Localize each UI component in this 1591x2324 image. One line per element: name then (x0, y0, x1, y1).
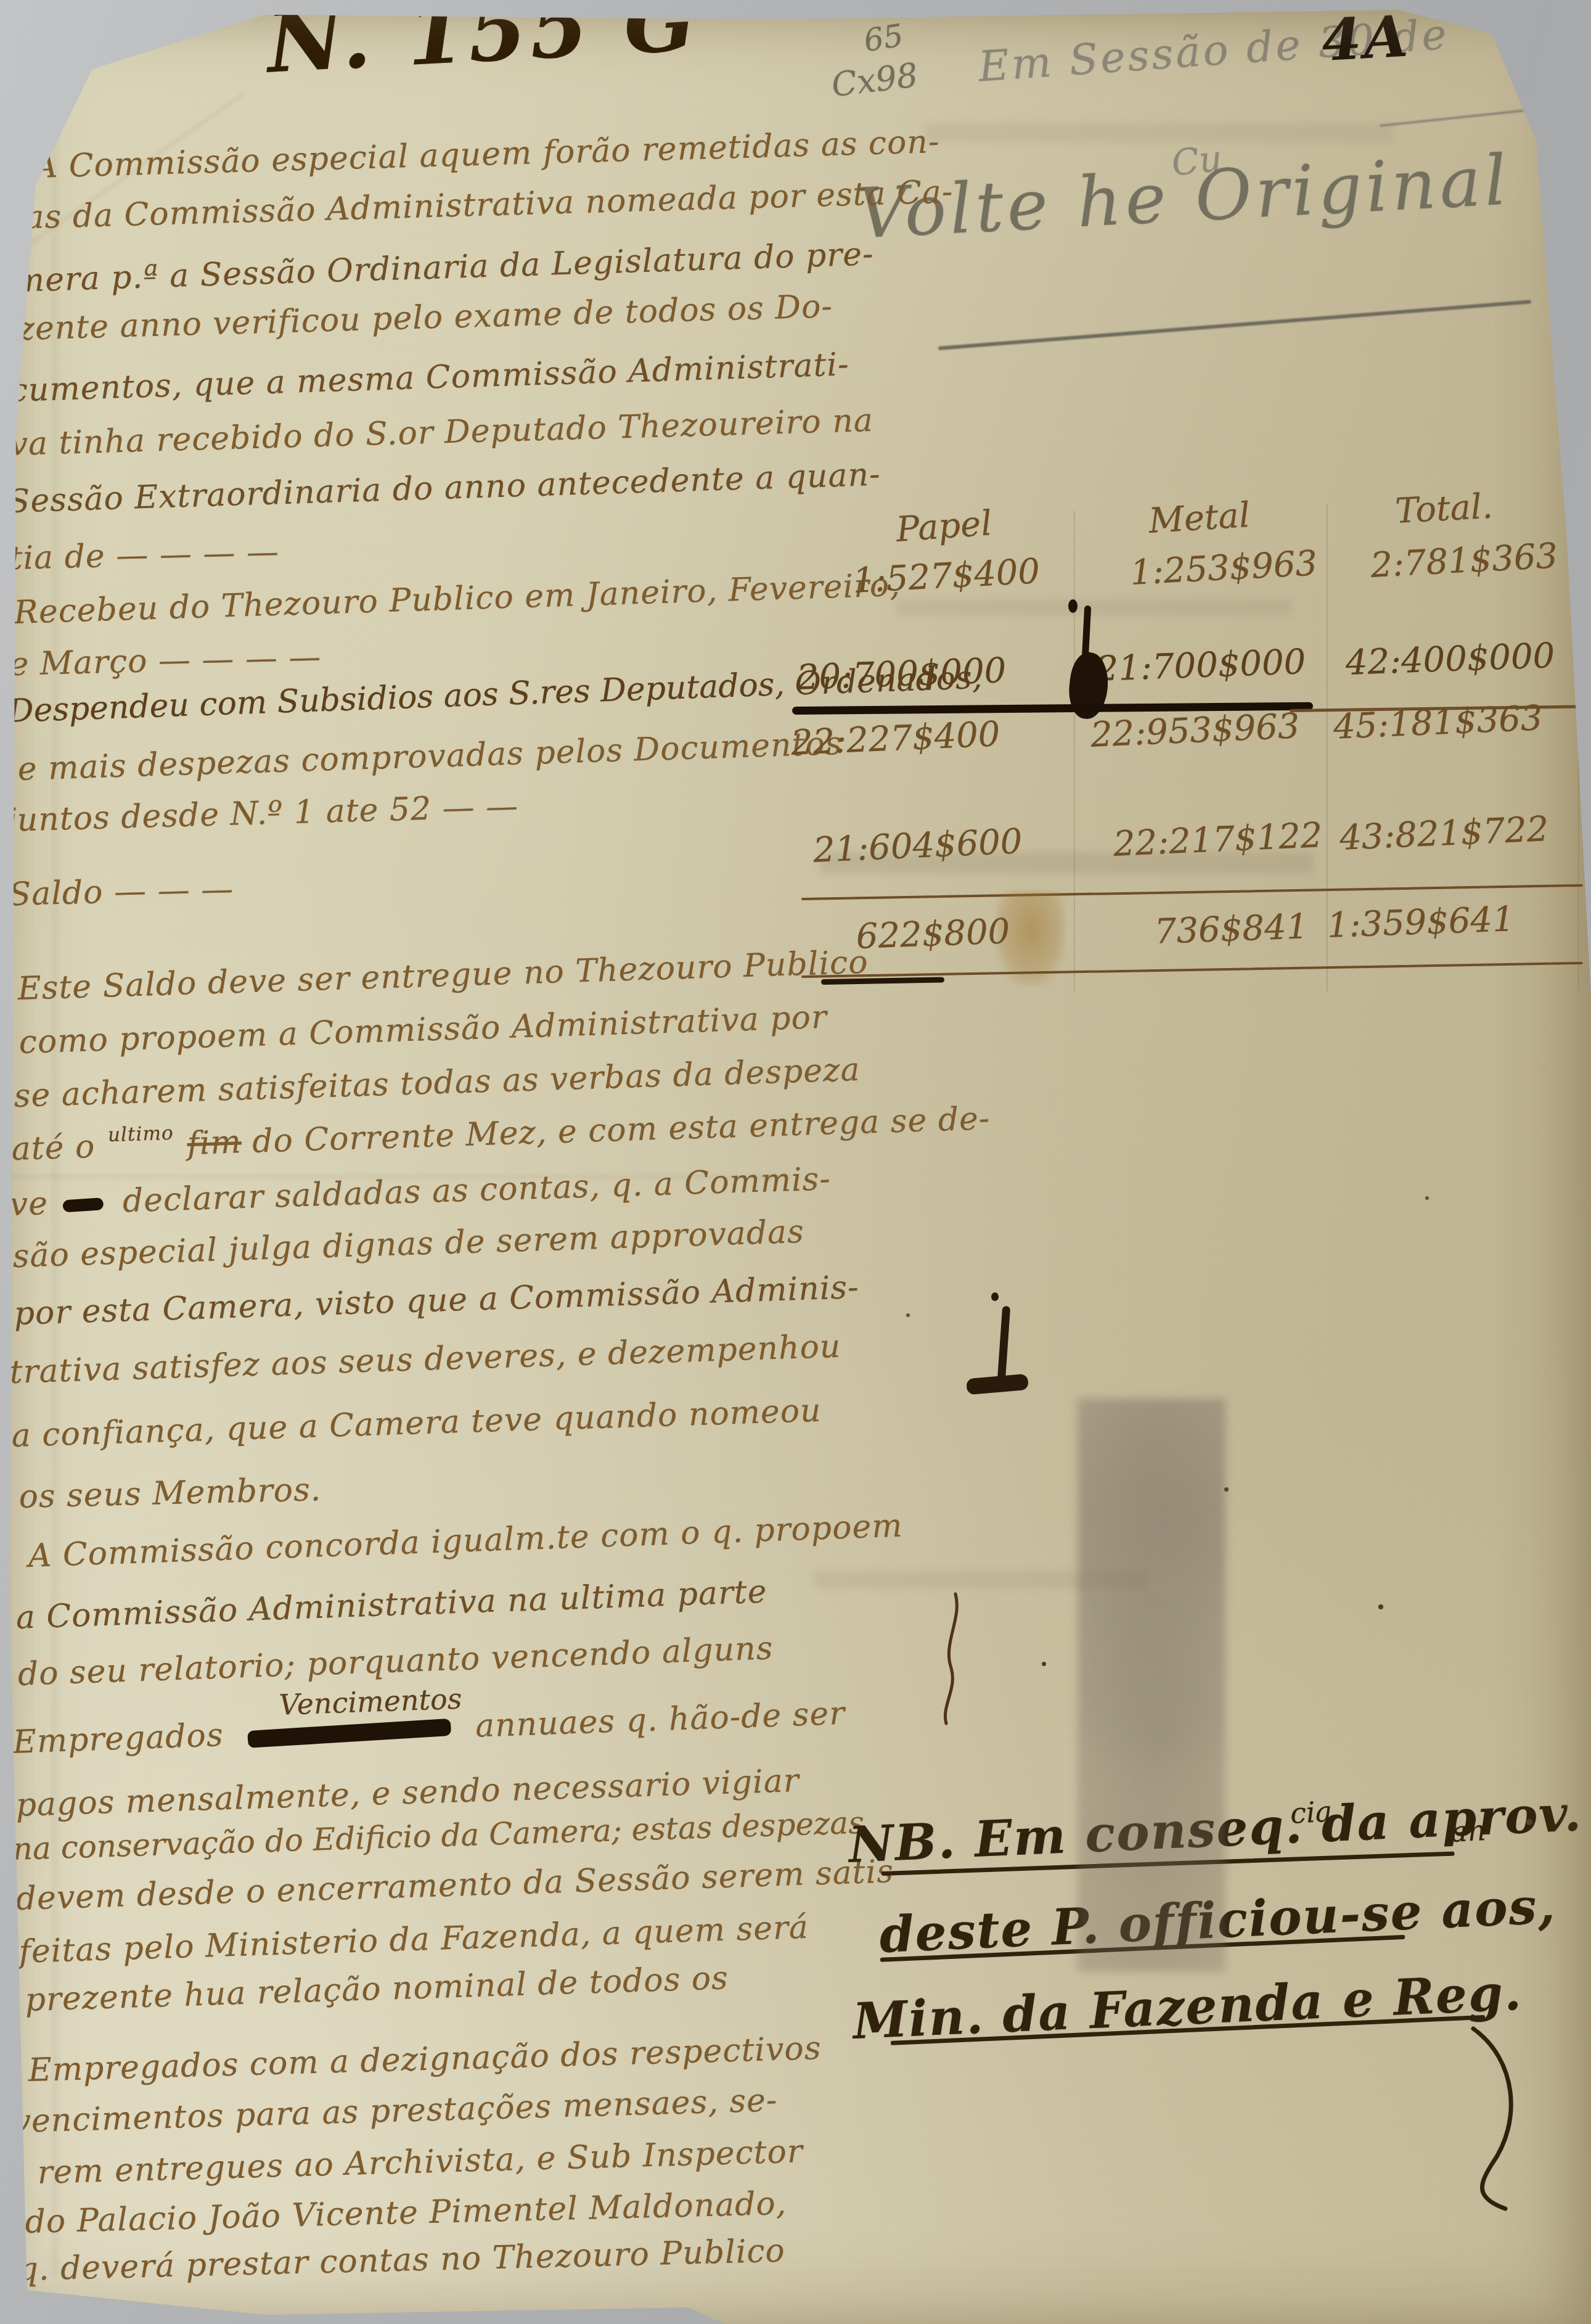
manuscript-line: por esta Camera, visto que a Commissão A… (14, 1271, 859, 1330)
line-text-after: annuaes q. hão-de ser (475, 1695, 846, 1745)
manuscript-line-with-strikeout: ve declarar saldadas as contas, q. a Com… (9, 1163, 832, 1221)
manuscript-line: os seus Membros. (18, 1474, 322, 1513)
manuscript-line: feitas pelo Ministerio da Fazenda, a que… (18, 1911, 809, 1968)
manuscript-line: vencimentos para as prestações mensaes, … (12, 2084, 778, 2138)
column-rule (1578, 498, 1579, 992)
manuscript-line: mera p.ª a Sessão Ordinaria da Legislatu… (14, 238, 874, 297)
manuscript-line: q. deverá prestar contas no Thezouro Pub… (17, 2235, 785, 2286)
line-text-before: ve (9, 1185, 49, 1223)
ink-mark-dot (991, 1292, 999, 1301)
table-cell: 22:217$122 (1113, 818, 1323, 862)
manuscript-line: Sessão Extraordinaria do anno antecedent… (7, 459, 881, 518)
manuscript-line: tas da Commissão Administrativa nomeada … (11, 176, 954, 234)
manuscript-line: do Palacio João Vicente Pimentel Maldona… (25, 2188, 787, 2238)
table-cell: 1:253$963 (1129, 546, 1318, 591)
table-cell: 45:181$363 (1333, 701, 1544, 745)
line-text-after: declarar saldadas as contas, q. a Commis… (122, 1160, 832, 1220)
manuscript-line: Recebeu do Thezouro Publico em Janeiro, … (14, 569, 901, 629)
nb-note-fragment: cia (1290, 1797, 1333, 1827)
ink-speck (1425, 1196, 1429, 1200)
struck-word: fim (187, 1123, 242, 1162)
table-header-total: Total. (1394, 490, 1494, 529)
manuscript-line: rem entregues ao Archivista, e Sub Inspe… (37, 2135, 803, 2189)
table-rule (801, 884, 1583, 900)
manuscript-line: se acharem satisfeitas todas as verbas d… (14, 1054, 861, 1112)
ink-mark-bar (966, 1374, 1029, 1395)
manuscript-line: juntos desde N.º 1 ate 52 — — (6, 790, 519, 837)
manuscript-line: va tinha recebido do S.or Deputado Thezo… (9, 404, 873, 461)
pencil-volte-note: Volte he Original (856, 146, 1512, 249)
ink-mark-stem (997, 1306, 1010, 1382)
manuscript-line: trativa satisfez aos seus deveres, e dez… (9, 1331, 841, 1389)
manuscript-line: Empregados com a dezignação dos respecti… (28, 2032, 822, 2087)
pencil-number-65: 65 (862, 20, 906, 56)
manuscript-line: prezente hua relação nominal de todos os (25, 1962, 729, 2016)
manuscript-line: a Commissão Administrativa na ultima par… (15, 1575, 767, 1634)
table-cell: 22:953$963 (1090, 709, 1301, 753)
ink-speck (1378, 1604, 1383, 1609)
ink-blot-dot (1068, 599, 1078, 613)
manuscript-line: tia de — — — — (9, 536, 279, 575)
ink-speck (906, 1313, 910, 1317)
nb-note-line: Min. da Fazenda e Reg. (852, 1968, 1523, 2046)
table-cell: 622$800 (856, 914, 1010, 955)
table-header-papel: Papel (895, 506, 993, 548)
pencil-box-reference: Cx98 (830, 59, 920, 102)
bleedthrough-streak (897, 599, 1291, 615)
table-cell: 22:227$400 (790, 717, 1001, 761)
table-cell: 42:400$000 (1345, 639, 1555, 681)
nb-note-fragment: an (1450, 1816, 1486, 1846)
line-text-before: até o (11, 1128, 96, 1168)
document-number: N. 155 G (265, 0, 701, 84)
line-text-after: do Corrente Mez, e com esta entrega se d… (252, 1100, 991, 1160)
manuscript-line: como propoem a Commissão Administrativa … (18, 1001, 828, 1059)
table-bottom-rule (801, 962, 1583, 978)
manuscript-line: A Commissão especial aquem forão remetid… (34, 126, 940, 183)
ink-blot-drip (1082, 606, 1092, 660)
manuscript-line: Saldo — — — (9, 873, 234, 911)
table-header-metal: Metal (1148, 498, 1251, 539)
ink-strike-blob (62, 1197, 104, 1212)
nb-note-line: deste P. officiou-se aos, (878, 1881, 1557, 1960)
column-rule (1074, 511, 1075, 992)
manuscript-line: devem desde o encerramento da Sessão ser… (15, 1855, 906, 1915)
flourish-tail (1436, 2022, 1547, 2226)
ink-hairline-squiggle (934, 1591, 971, 1730)
photo-of-manuscript: { "document": { "doc_number": "N. 155 G"… (0, 0, 1591, 2324)
table-cell: 1:527$400 (852, 554, 1041, 599)
manuscript-line: do seu relatorio; porquanto vencendo alg… (17, 1632, 774, 1691)
manuscript-line: são especial julga dignas de serem appro… (12, 1216, 805, 1273)
manuscript-line: zente anno verificou pelo exame de todos… (17, 290, 833, 345)
bleedthrough-streak (925, 123, 1393, 142)
ink-speck (1042, 1662, 1046, 1666)
table-cell: 736$841 (1154, 909, 1309, 950)
manuscript-line: e Março — — — — (9, 641, 322, 681)
line-text-before: Empregados (12, 1717, 224, 1761)
ink-speck (1224, 1487, 1229, 1492)
table-cell: 43:821$722 (1339, 812, 1550, 856)
manuscript-line: e mais despezas comprovadas pelos Docume… (17, 728, 843, 786)
pencil-inscription-flourish (1380, 109, 1524, 127)
manuscript-line: a confiança, que a Camera teve quando no… (11, 1395, 822, 1452)
ink-strike-blob (247, 1718, 451, 1747)
manuscript-page: N. 155 G 65 Cx98 Em Sessão de 30 de Cu 4… (0, 0, 1591, 2324)
manuscript-line: cumentos, que a mesma Commissão Administ… (9, 348, 849, 407)
bleedthrough-streak (814, 1571, 1147, 1588)
table-cell: 1:359$641 (1327, 902, 1515, 943)
manuscript-line: Este Saldo deve ser entregue no Thezouro… (17, 946, 869, 1005)
vertical-gray-stain (1078, 1398, 1225, 1972)
table-cell: 20:700$000 (796, 654, 1007, 696)
pencil-volte-underline (938, 300, 1531, 350)
manuscript-line-with-correction: até o ultimo fim do Corrente Mez, e com … (11, 1102, 991, 1165)
interlinear-correction: ultimo (107, 1122, 174, 1146)
page-mark: 4A (1320, 7, 1412, 68)
table-cell: 21:604$600 (812, 824, 1023, 868)
table-cell: 2:781$363 (1370, 539, 1558, 583)
manuscript-line: A Commissão concorda igualm.te com o q. … (28, 1509, 903, 1572)
table-cell: 21:700$000 (1096, 645, 1306, 687)
